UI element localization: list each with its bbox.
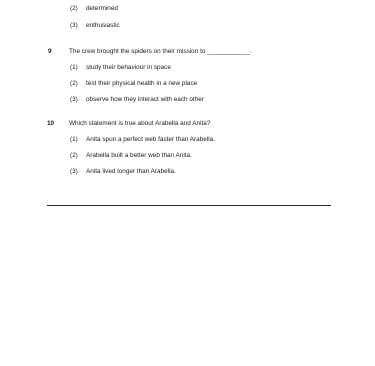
option-number: (1) [70, 64, 78, 72]
option-number: (2) [70, 80, 78, 88]
question-text: The crew brought the spiders on their mi… [69, 48, 252, 56]
option-number: (2) [70, 152, 78, 160]
option-text: observe how they interact with each othe… [86, 96, 204, 104]
question-number: 9 [48, 48, 52, 56]
question-text: Which statement is true about Arabella a… [69, 120, 210, 128]
option-text: Arabella built a better web than Anita. [86, 152, 192, 160]
option-text: Anita spun a perfect web faster than Ara… [86, 136, 215, 144]
option-number: (3) [70, 22, 78, 30]
option-number: (3) [70, 96, 78, 104]
option-text: study their behaviour in space [86, 64, 171, 72]
option-number: (1) [70, 136, 78, 144]
worksheet-page: (2) determined (3) enthusiastic 9 The cr… [0, 0, 375, 366]
option-number: (2) [70, 5, 78, 13]
option-number: (3) [70, 168, 78, 176]
option-text: determined [86, 5, 118, 13]
option-text: Anita lived longer than Arabella. [86, 168, 176, 176]
option-text: test their physical health in a new plac… [86, 80, 197, 88]
option-text: enthusiastic [86, 22, 120, 30]
section-divider [47, 205, 331, 206]
question-number: 10 [47, 120, 54, 128]
